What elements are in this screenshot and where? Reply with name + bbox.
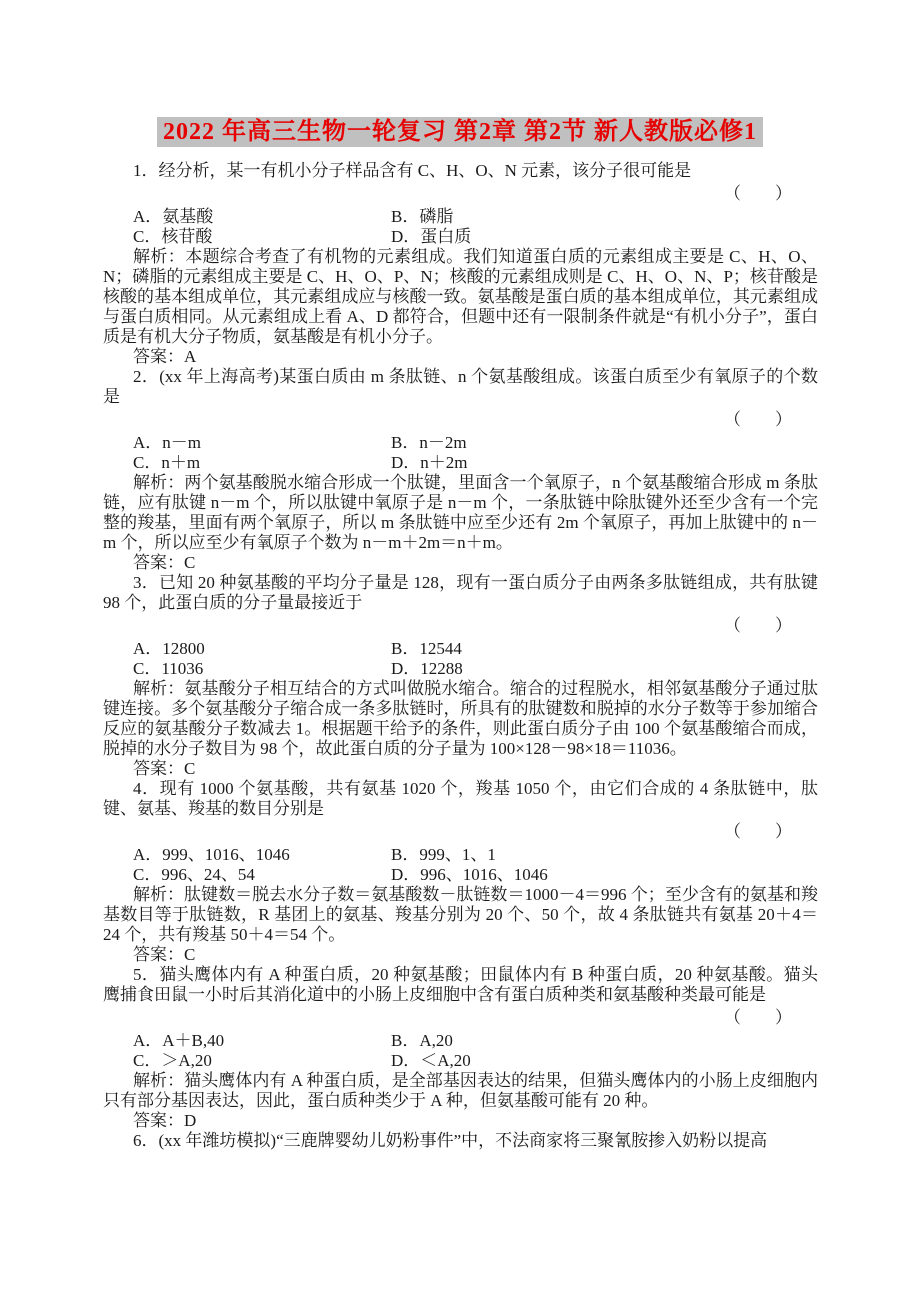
option-a: A．n－m xyxy=(133,433,391,453)
answer-line: 答案：C xyxy=(103,945,818,965)
analysis-paragraph: 解析：氨基酸分子相互结合的方式叫做脱水缩合。缩合的过程脱水，相邻氨基酸分子通过肽… xyxy=(103,679,818,759)
analysis-paragraph: 解析：本题综合考查了有机物的元素组成。我们知道蛋白质的元素组成主要是 C、H、O… xyxy=(103,247,818,347)
page-title: 2022 年高三生物一轮复习 第2章 第2节 新人教版必修1 xyxy=(157,117,763,147)
analysis-paragraph: 解析：两个氨基酸脱水缩合形成一个肽键，里面含一个氧原子，n 个氨基酸缩合形成 m… xyxy=(103,473,818,553)
option-row: C．996、24、54 D．996、1016、1046 xyxy=(103,865,818,885)
answer-bracket: （ ） xyxy=(103,822,818,842)
option-row: A．12800 B．12544 xyxy=(103,639,818,659)
option-b: B．12544 xyxy=(391,639,818,659)
document-page: 2022 年高三生物一轮复习 第2章 第2节 新人教版必修1 1．经分析，某一有… xyxy=(0,0,920,1302)
option-a: A．A＋B,40 xyxy=(133,1031,391,1051)
question-stem: 3．已知 20 种氨基酸的平均分子量是 128，现有一蛋白质分子由两条多肽链组成… xyxy=(103,573,818,613)
answer-line: 答案：C xyxy=(103,553,818,573)
question-block-3: 3．已知 20 种氨基酸的平均分子量是 128，现有一蛋白质分子由两条多肽链组成… xyxy=(103,573,818,779)
answer-line: 答案：A xyxy=(103,347,818,367)
option-a: A．氨基酸 xyxy=(133,207,391,227)
option-row: A．氨基酸 B．磷脂 xyxy=(103,207,818,227)
option-c: C．n＋m xyxy=(133,453,391,473)
option-c: C．11036 xyxy=(133,659,391,679)
question-block-1: 1．经分析，某一有机小分子样品含有 C、H、O、N 元素，该分子很可能是 （ ）… xyxy=(103,161,818,367)
option-d: D．12288 xyxy=(391,659,818,679)
option-d: D．n＋2m xyxy=(391,453,818,473)
answer-bracket: （ ） xyxy=(103,410,818,430)
question-block-6: 6．(xx 年潍坊模拟)“三鹿牌婴幼儿奶粉事件”中，不法商家将三聚氰胺掺入奶粉以… xyxy=(103,1131,818,1151)
answer-bracket: （ ） xyxy=(103,1008,818,1028)
question-stem: 2．(xx 年上海高考)某蛋白质由 m 条肽链、n 个氨基酸组成。该蛋白质至少有… xyxy=(103,367,818,407)
option-b: B．A,20 xyxy=(391,1031,818,1051)
option-row: C．11036 D．12288 xyxy=(103,659,818,679)
option-row: C．＞A,20 D．＜A,20 xyxy=(103,1051,818,1071)
option-row: A．999、1016、1046 B．999、1、1 xyxy=(103,845,818,865)
option-d: D．＜A,20 xyxy=(391,1051,818,1071)
option-d: D．996、1016、1046 xyxy=(391,865,818,885)
question-block-2: 2．(xx 年上海高考)某蛋白质由 m 条肽链、n 个氨基酸组成。该蛋白质至少有… xyxy=(103,367,818,573)
option-c: C．核苷酸 xyxy=(133,227,391,247)
option-b: B．磷脂 xyxy=(391,207,818,227)
option-c: C．996、24、54 xyxy=(133,865,391,885)
option-row: C．n＋m D．n＋2m xyxy=(103,453,818,473)
option-row: A．n－m B．n－2m xyxy=(103,433,818,453)
question-block-4: 4．现有 1000 个氨基酸，共有氨基 1020 个，羧基 1050 个，由它们… xyxy=(103,779,818,965)
option-d: D．蛋白质 xyxy=(391,227,818,247)
option-row: C．核苷酸 D．蛋白质 xyxy=(103,227,818,247)
question-stem: 4．现有 1000 个氨基酸，共有氨基 1020 个，羧基 1050 个，由它们… xyxy=(103,779,818,819)
analysis-paragraph: 解析：猫头鹰体内有 A 种蛋白质，是全部基因表达的结果，但猫头鹰体内的小肠上皮细… xyxy=(103,1071,818,1111)
document-body: 1．经分析，某一有机小分子样品含有 C、H、O、N 元素，该分子很可能是 （ ）… xyxy=(103,161,818,1151)
answer-bracket: （ ） xyxy=(103,184,818,204)
option-a: A．12800 xyxy=(133,639,391,659)
question-stem: 6．(xx 年潍坊模拟)“三鹿牌婴幼儿奶粉事件”中，不法商家将三聚氰胺掺入奶粉以… xyxy=(103,1131,818,1151)
option-b: B．999、1、1 xyxy=(391,845,818,865)
analysis-paragraph: 解析：肽键数＝脱去水分子数＝氨基酸数－肽链数＝1000－4＝996 个；至少含有… xyxy=(103,885,818,945)
answer-line: 答案：C xyxy=(103,759,818,779)
question-block-5: 5．猫头鹰体内有 A 种蛋白质，20 种氨基酸；田鼠体内有 B 种蛋白质，20 … xyxy=(103,965,818,1131)
answer-line: 答案：D xyxy=(103,1111,818,1131)
option-a: A．999、1016、1046 xyxy=(133,845,391,865)
option-c: C．＞A,20 xyxy=(133,1051,391,1071)
question-stem: 5．猫头鹰体内有 A 种蛋白质，20 种氨基酸；田鼠体内有 B 种蛋白质，20 … xyxy=(103,965,818,1005)
title-row: 2022 年高三生物一轮复习 第2章 第2节 新人教版必修1 xyxy=(0,0,920,147)
option-b: B．n－2m xyxy=(391,433,818,453)
question-stem: 1．经分析，某一有机小分子样品含有 C、H、O、N 元素，该分子很可能是 xyxy=(103,161,818,181)
option-row: A．A＋B,40 B．A,20 xyxy=(103,1031,818,1051)
answer-bracket: （ ） xyxy=(103,616,818,636)
